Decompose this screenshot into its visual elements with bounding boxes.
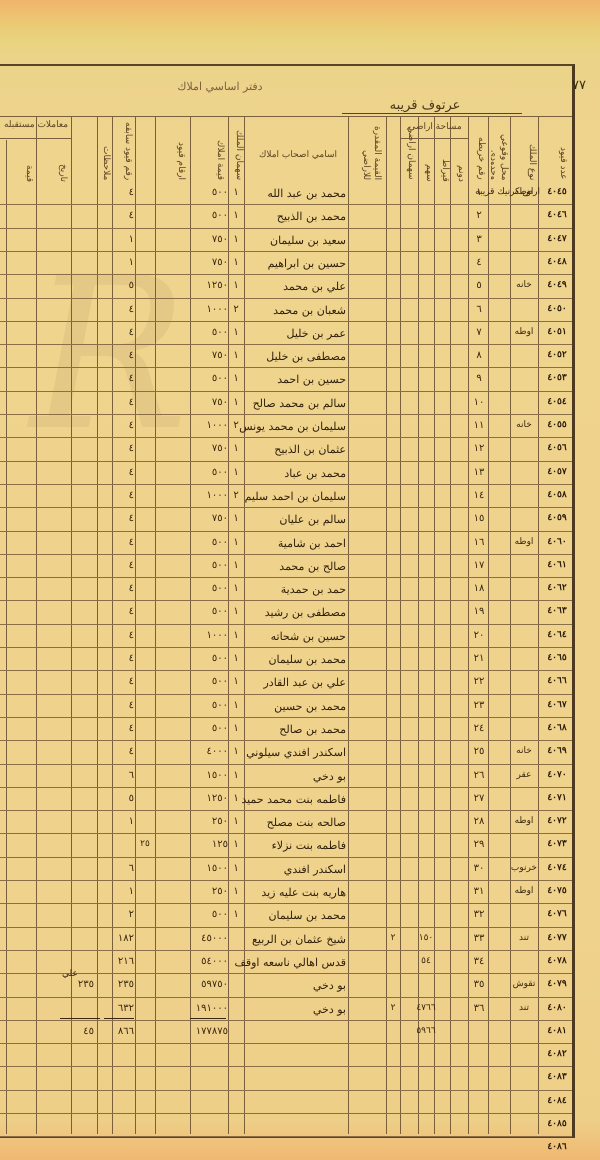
record-id: ٤٠٦٨: [540, 723, 574, 733]
extra-value-cell: ٢٥: [135, 839, 155, 849]
header-top-line: [0, 116, 572, 117]
value-cell: ٥٠٠: [192, 723, 228, 734]
header-record-no: عدد قيود: [542, 120, 568, 180]
map-number-cell: ١٥: [470, 513, 488, 524]
tax-register-cell: ٤: [112, 397, 134, 408]
shares-cell: ٢: [229, 420, 243, 431]
column-divider: [228, 116, 229, 1134]
column-divider: [386, 116, 387, 1134]
shares-cell: ١: [229, 653, 243, 664]
record-id: ٤٠٧٩: [540, 979, 574, 989]
map-number-cell: ١٤: [470, 490, 488, 501]
map-number-cell: ١: [470, 187, 488, 198]
transfer-value-cell: ٤٥: [60, 1026, 94, 1037]
owner-name-cell: قدس اهالي ناسعه اوقف: [250, 956, 346, 969]
row-divider: [0, 367, 572, 368]
row-divider: [0, 577, 572, 578]
column-divider: [36, 116, 37, 1134]
header-land-value: القيمة المقدرة للاراضي: [352, 120, 382, 180]
owner-name-cell: سليمان بن احمد سليم: [250, 490, 346, 503]
header-tax-register: ارقام قيود: [158, 120, 186, 180]
record-id: ٤٠٧١: [540, 793, 574, 803]
tax-register-cell: ٤: [112, 560, 134, 571]
map-number-cell: ٢٠: [470, 630, 488, 641]
row-divider: [0, 1090, 572, 1091]
record-id: ٤٠٥٨: [540, 490, 574, 500]
map-number-cell: ٤: [470, 257, 488, 268]
owner-name-cell: علي بن محمد: [250, 280, 346, 293]
column-divider: [348, 116, 349, 1134]
shares-cell: ١: [229, 467, 243, 478]
tax-register-cell: ١: [112, 257, 134, 268]
total-underline: [60, 1018, 100, 1019]
land-type-cell: خانه: [511, 280, 537, 290]
header-area-kirat: قيراط: [436, 142, 450, 182]
header-transfer-value: قيمة: [10, 142, 34, 182]
tax-register-cell: ١: [112, 234, 134, 245]
tax-share-cell: ٢: [386, 1003, 400, 1013]
map-number-cell: ٢٦: [470, 770, 488, 781]
row-divider: [0, 554, 572, 555]
row-divider: [0, 694, 572, 695]
owner-name-cell: عثمان بن الذبيح: [250, 443, 346, 456]
header-land-type: نوع الملك: [513, 120, 537, 180]
record-id: ٤٠٨٦: [540, 1142, 574, 1152]
tax-register-cell: ٢٣٥: [112, 979, 134, 990]
record-id: ٤٠٥١: [540, 327, 574, 337]
map-number-cell: ١٨: [470, 583, 488, 594]
shares-cell: ١: [229, 350, 243, 361]
owner-name-cell: فاطمه بنت نزلاء: [250, 839, 346, 852]
shares-cell: ١: [229, 746, 243, 757]
map-number-cell: ٣٠: [470, 863, 488, 874]
owner-name-cell: شيخ عثمان بن الربيع: [250, 933, 346, 946]
value-cell: ١٢٥: [192, 839, 228, 850]
record-id: ٤٠٤٦: [540, 210, 574, 220]
tax-register-cell: ٨٦٦: [112, 1026, 134, 1037]
map-number-cell: ٣٢: [470, 909, 488, 920]
record-id: ٤٠٦٦: [540, 676, 574, 686]
map-number-cell: ١٩: [470, 606, 488, 617]
map-number-cell: ٢٩: [470, 839, 488, 850]
record-id: ٤٠٧٥: [540, 886, 574, 896]
map-number-cell: ٣٣: [470, 933, 488, 944]
value-cell: ٧٥٠: [192, 443, 228, 454]
shares-cell: ١: [229, 210, 243, 221]
header-location: محل وقوعي وحدودي: [491, 120, 509, 180]
row-divider: [0, 484, 572, 485]
owner-name-cell: حمد بن حمدية: [250, 583, 346, 596]
value-cell: ١٩١٠٠٠: [192, 1003, 228, 1014]
area-cell: ٥٩٦٦: [402, 1026, 450, 1036]
row-divider: [0, 461, 572, 462]
record-id: ٤٠٥٣: [540, 373, 574, 383]
owner-name-cell: سالم بن عليان: [250, 513, 346, 526]
header-tax-sehim: سهمان اراضي: [402, 120, 416, 180]
register-subtitle: دفتر اساسي املاك: [160, 80, 280, 93]
owner-name-cell: اسكندر افندي: [250, 863, 346, 876]
value-cell: ٥٠٠: [192, 909, 228, 920]
tax-register-cell: ٦: [112, 770, 134, 781]
row-divider: [0, 531, 572, 532]
row-divider: [0, 857, 572, 858]
row-divider: [0, 880, 572, 881]
row-divider: [0, 950, 572, 951]
tax-share-cell: ٢: [386, 933, 400, 943]
map-number-cell: ٣٥: [470, 979, 488, 990]
row-divider: [0, 228, 572, 229]
record-id: ٤٠٧٢: [540, 816, 574, 826]
map-number-cell: ١٦: [470, 537, 488, 548]
record-id: ٤٠٥٥: [540, 420, 574, 430]
area-cell: ٥٤: [402, 956, 450, 966]
row-divider: [0, 647, 572, 648]
row-divider: [0, 507, 572, 508]
record-id: ٤٠٨١: [540, 1026, 574, 1036]
column-divider: [538, 116, 539, 1134]
value-cell: ١٥٠٠: [192, 863, 228, 874]
value-cell: ٥٩٧٥٠: [192, 979, 228, 990]
record-id: ٤٠٥٧: [540, 467, 574, 477]
map-number-cell: ١٠: [470, 397, 488, 408]
value-cell: ١٢٥٠: [192, 793, 228, 804]
owner-name-cell: اسكندر افندي سيلوني: [250, 746, 346, 759]
map-number-cell: ٢٢: [470, 676, 488, 687]
tax-register-cell: ٤: [112, 676, 134, 687]
owner-name-cell: مصطفى بن رشيد: [250, 606, 346, 619]
shares-cell: ١: [229, 770, 243, 781]
record-id: ٤٠٨٤: [540, 1096, 574, 1106]
tax-register-cell: ٤: [112, 606, 134, 617]
column-divider: [434, 116, 435, 1134]
map-number-cell: ٣١: [470, 886, 488, 897]
header-transfer-group: معاملات مستقبله: [2, 120, 70, 131]
header-area-sehim: سهم: [420, 142, 434, 182]
shares-cell: ٢: [229, 304, 243, 315]
column-divider: [450, 116, 451, 1134]
row-divider: [0, 833, 572, 834]
tax-register-cell: ٢: [112, 909, 134, 920]
owner-name-cell: سعيد بن سليمان: [250, 234, 346, 247]
tax-register-cell: ٥: [112, 793, 134, 804]
row-divider: [0, 437, 572, 438]
value-cell: ٥٠٠: [192, 700, 228, 711]
record-id: ٤٠٦٧: [540, 700, 574, 710]
tax-register-cell: ٤: [112, 537, 134, 548]
tax-register-cell: ٤: [112, 490, 134, 501]
land-type-cell: اوطه: [511, 537, 537, 547]
row-divider: [0, 298, 572, 299]
shares-cell: ١: [229, 280, 243, 291]
row-divider: [0, 903, 572, 904]
land-type-cell: خانه: [511, 746, 537, 756]
owner-name-cell: فاطمه بنت محمد حميد: [250, 793, 346, 806]
column-divider: [418, 116, 419, 1134]
tax-register-cell: ٤: [112, 746, 134, 757]
owner-name-cell: محمد بن عباد: [250, 467, 346, 480]
owner-name-cell: بو دخي: [250, 770, 346, 783]
shares-cell: ١: [229, 583, 243, 594]
column-divider: [155, 116, 156, 1134]
map-number-cell: ١١: [470, 420, 488, 431]
map-number-cell: ٢٨: [470, 816, 488, 827]
shares-cell: ١: [229, 700, 243, 711]
shares-cell: ١: [229, 560, 243, 571]
tax-register-cell: ١: [112, 886, 134, 897]
tax-register-cell: ٤: [112, 350, 134, 361]
column-divider: [97, 116, 98, 1134]
value-cell: ١٠٠٠: [192, 630, 228, 641]
tax-register-cell: ٤: [112, 583, 134, 594]
record-id: ٤٠٧٧: [540, 933, 574, 943]
owner-name-cell: علي بن عبد القادر: [250, 676, 346, 689]
row-divider: [0, 1066, 572, 1067]
shares-cell: ١: [229, 373, 243, 384]
owner-name-cell: شعبان بن محمد: [250, 304, 346, 317]
transfer-group-divider: [0, 138, 71, 139]
value-cell: ١٢٥٠: [192, 280, 228, 291]
owner-name-cell: محمد بن الذبيح: [250, 210, 346, 223]
owner-name-cell: حسين بن احمد: [250, 373, 346, 386]
value-cell: ١٧٧٨٧٥: [192, 1026, 228, 1037]
map-number-cell: ٩: [470, 373, 488, 384]
tax-register-cell: ٤: [112, 210, 134, 221]
row-divider: [0, 414, 572, 415]
value-cell: ٥٠٠: [192, 676, 228, 687]
record-id: ٤٠٤٥: [540, 187, 574, 197]
owner-name-cell: محمد بن صالح: [250, 723, 346, 736]
column-divider: [6, 140, 7, 1134]
row-divider: [0, 321, 572, 322]
value-cell: ٥٠٠: [192, 653, 228, 664]
row-divider: [0, 624, 572, 625]
record-id: ٤٠٨٢: [540, 1049, 574, 1059]
shares-cell: ١: [229, 187, 243, 198]
row-divider: [0, 251, 572, 252]
map-number-cell: ١٣: [470, 467, 488, 478]
tax-register-cell: ٤: [112, 700, 134, 711]
land-type-cell: تقوش: [511, 979, 537, 989]
record-id: ٤٠٧٤: [540, 863, 574, 873]
record-id: ٤٠٨٣: [540, 1072, 574, 1082]
owner-name-cell: محمد بن سليمان: [250, 653, 346, 666]
record-id: ٤٠٧٦: [540, 909, 574, 919]
tax-register-cell: ١٨٢: [112, 933, 134, 944]
map-number-cell: ٢: [470, 210, 488, 221]
value-cell: ٥٠٠: [192, 560, 228, 571]
shares-cell: ١: [229, 793, 243, 804]
tax-register-cell: ٥: [112, 280, 134, 291]
land-type-cell: تند: [511, 1003, 537, 1013]
row-divider: [0, 973, 572, 974]
row-divider: [0, 740, 572, 741]
value-cell: ٧٥٠: [192, 397, 228, 408]
owner-name-cell: مصطفى بن خليل: [250, 350, 346, 363]
value-cell: ٧٥٠: [192, 513, 228, 524]
value-cell: ٢٥٠: [192, 816, 228, 827]
tax-register-cell: ٤: [112, 187, 134, 198]
shares-cell: ١: [229, 816, 243, 827]
area-cell: ١٥٠: [402, 933, 450, 943]
shares-cell: ١: [229, 327, 243, 338]
tax-register-cell: ٤: [112, 443, 134, 454]
land-type-cell: خرنوب: [511, 863, 537, 873]
shares-cell: ١: [229, 257, 243, 268]
total-underline: [104, 1018, 134, 1019]
map-number-cell: ١٧: [470, 560, 488, 571]
tax-register-cell: ٤: [112, 467, 134, 478]
land-type-cell: اوطه: [511, 886, 537, 896]
transfer-note: علي: [62, 969, 78, 979]
map-number-cell: ٧: [470, 327, 488, 338]
record-id: ٤٠٤٩: [540, 280, 574, 290]
value-cell: ٥٠٠: [192, 606, 228, 617]
record-id: ٤٠٥٩: [540, 513, 574, 523]
column-divider: [488, 116, 489, 1134]
owner-name-cell: هاريه بنت عليه زيد: [250, 886, 346, 899]
row-divider: [0, 1043, 572, 1044]
land-type-cell: تند: [511, 933, 537, 943]
owner-name-cell: صالح بن محمد: [250, 560, 346, 573]
value-cell: ٢٥٠: [192, 886, 228, 897]
header-notes: ملاحظات: [75, 120, 111, 180]
land-type-cell: اوطه: [511, 816, 537, 826]
value-cell: ١٠٠٠: [192, 304, 228, 315]
owner-name-cell: صالحه بنت مصلح: [250, 816, 346, 829]
header-value: قيمة املاك: [195, 120, 225, 180]
value-cell: ٤٥٠٠٠: [192, 933, 228, 944]
record-id: ٤٠٦١: [540, 560, 574, 570]
tax-register-cell: ٤: [112, 420, 134, 431]
shares-cell: ١: [229, 537, 243, 548]
tax-register-cell: ٤: [112, 723, 134, 734]
row-divider: [0, 391, 572, 392]
transfer-value-cell: ٢٣٥: [60, 979, 94, 990]
map-number-cell: ٢٣: [470, 700, 488, 711]
column-divider: [190, 116, 191, 1134]
map-number-cell: ٢٧: [470, 793, 488, 804]
header-map-no: رقم خريطه: [470, 120, 486, 180]
shares-cell: ١: [229, 863, 243, 874]
shares-cell: ١: [229, 723, 243, 734]
header-owners: اسامي اصحاب املاك: [250, 150, 346, 161]
value-cell: ١٠٠٠: [192, 420, 228, 431]
column-divider: [468, 116, 469, 1134]
value-cell: ٥٠٠: [192, 187, 228, 198]
record-id: ٤٠٨٥: [540, 1119, 574, 1129]
shares-cell: ١: [229, 630, 243, 641]
shares-cell: ١: [229, 606, 243, 617]
shares-cell: ٢: [229, 490, 243, 501]
value-cell: ٥٠٠: [192, 210, 228, 221]
value-cell: ٧٥٠: [192, 234, 228, 245]
map-number-cell: ٢١: [470, 653, 488, 664]
row-divider: [0, 787, 572, 788]
record-id: ٤٠٥٢: [540, 350, 574, 360]
value-cell: ٥٠٠: [192, 537, 228, 548]
row-divider: [0, 1136, 572, 1137]
value-cell: ١٥٠٠: [192, 770, 228, 781]
map-number-cell: ٢٤: [470, 723, 488, 734]
tax-register-cell: ٤: [112, 630, 134, 641]
shares-cell: ١: [229, 234, 243, 245]
value-cell: ٧٥٠: [192, 257, 228, 268]
column-divider: [400, 116, 401, 1134]
record-id: ٤٠٥٦: [540, 443, 574, 453]
value-cell: ٥٠٠: [192, 373, 228, 384]
record-id: ٤٠٦٩: [540, 746, 574, 756]
record-id: ٤٠٥٠: [540, 304, 574, 314]
row-divider: [0, 1113, 572, 1114]
row-divider: [0, 344, 572, 345]
shares-cell: ١: [229, 839, 243, 850]
owner-name-cell: حسين بن ابراهيم: [250, 257, 346, 270]
map-number-cell: ١٢: [470, 443, 488, 454]
register-title: عرتوف قريبه: [345, 98, 505, 113]
row-divider: [0, 810, 572, 811]
shares-cell: ١: [229, 676, 243, 687]
tax-register-cell: ٦: [112, 863, 134, 874]
owner-name-cell: سالم بن محمد صالح: [250, 397, 346, 410]
owner-name-cell: عمر بن خليل: [250, 327, 346, 340]
record-id: ٤٠٧٨: [540, 956, 574, 966]
map-number-cell: ٣: [470, 234, 488, 245]
owner-name-cell: محمد بن حسين: [250, 700, 346, 713]
header-transfer-date: تاريخ: [40, 142, 68, 182]
land-type-cell: خانه: [511, 420, 537, 430]
header-area-dunum: دونم: [452, 142, 466, 182]
row-divider: [0, 274, 572, 275]
row-divider: [0, 600, 572, 601]
owner-name-cell: سليمان بن محمد يونس: [250, 420, 346, 433]
record-id: ٤٠٦٠: [540, 537, 574, 547]
record-id: ٤٠٦٥: [540, 653, 574, 663]
header-cross-ref: رقم قيود سابقه: [115, 120, 133, 180]
map-number-cell: ٦: [470, 304, 488, 315]
tax-register-cell: ٤: [112, 653, 134, 664]
map-number-cell: ٥: [470, 280, 488, 291]
row-divider: [0, 997, 572, 998]
record-id: ٤٠٦٢: [540, 583, 574, 593]
shares-cell: ١: [229, 909, 243, 920]
tax-register-cell: ٤: [112, 304, 134, 315]
record-id: ٤٠٤٧: [540, 234, 574, 244]
row-divider: [0, 927, 572, 928]
value-cell: ٥٠٠: [192, 467, 228, 478]
owner-name-cell: حسين بن شحاته: [250, 630, 346, 643]
shares-cell: ١: [229, 886, 243, 897]
record-id: ٤٠٥٤: [540, 397, 574, 407]
header-shares: سهمان الملك: [230, 120, 244, 180]
tax-register-cell: ١: [112, 816, 134, 827]
area-cell: ٤٧٦٦: [402, 1003, 450, 1013]
owner-name-cell: بو دخي: [250, 979, 346, 992]
record-id: ٤٠٧٠: [540, 770, 574, 780]
value-cell: ٤٠٠٠: [192, 746, 228, 757]
owner-name-cell: بو دخي: [250, 1003, 346, 1016]
owner-name-cell: محمد بن سليمان: [250, 909, 346, 922]
row-divider: [0, 764, 572, 765]
row-divider: [0, 204, 572, 205]
owner-name-cell: محمد بن عبد الله: [250, 187, 346, 200]
record-id: ٤٠٦٣: [540, 606, 574, 616]
title-underline: [342, 113, 522, 114]
value-cell: ٧٥٠: [192, 350, 228, 361]
shares-cell: ١: [229, 397, 243, 408]
land-type-cell: عقر: [511, 770, 537, 780]
shares-cell: ١: [229, 513, 243, 524]
row-divider: [0, 670, 572, 671]
